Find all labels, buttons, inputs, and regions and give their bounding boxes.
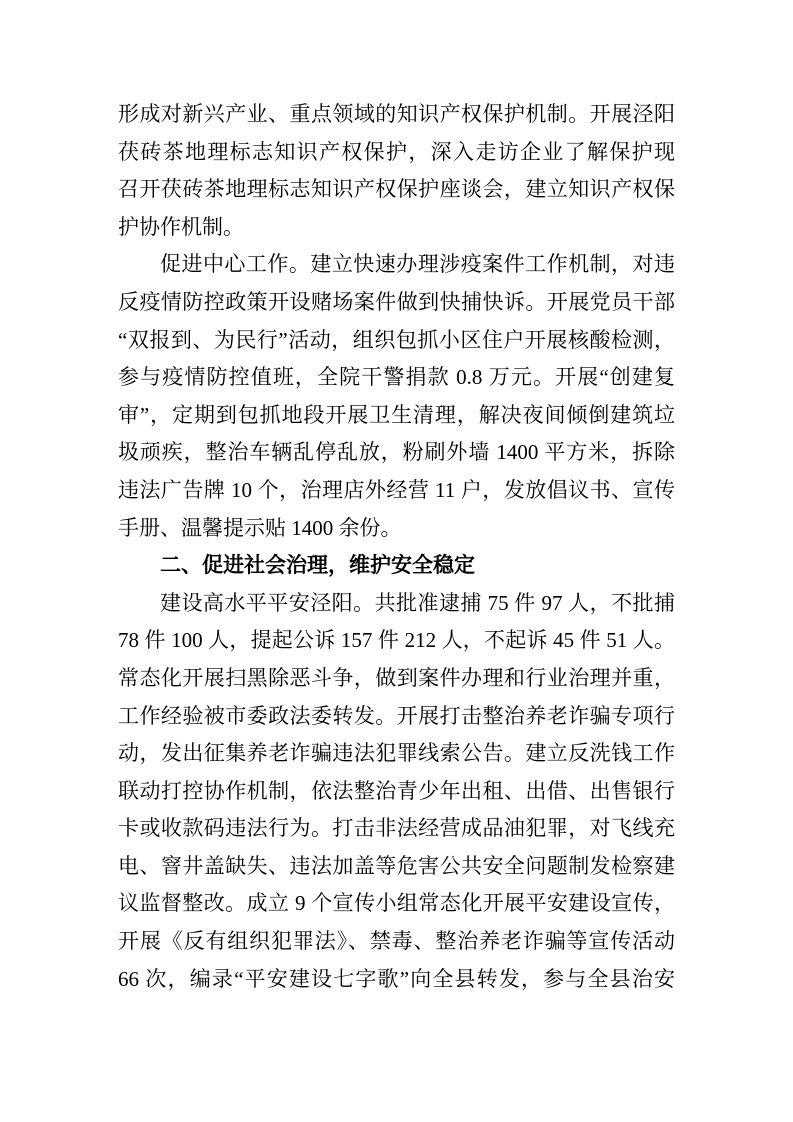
text-line: 78 件 100 人，提起公诉 157 件 212 人，不起诉 45 件 51 … [118, 622, 675, 660]
text-line: 手册、温馨提示贴 1400 余份。 [118, 510, 675, 548]
document-page: 形成对新兴产业、重点领域的知识产权保护机制。开展泾阳茯砖茶地理标志知识产权保护，… [0, 0, 793, 1122]
text-line: 护协作机制。 [118, 209, 675, 247]
text-line: 常态化开展扫黑除恶斗争，做到案件办理和行业治理并重， [118, 660, 675, 698]
text-line: 建设高水平平安泾阳。共批准逮捕 75 件 97 人，不批捕 [118, 585, 675, 623]
text-line: 促进中心工作。建立快速办理涉疫案件工作机制，对违 [118, 246, 675, 284]
paragraph: 形成对新兴产业、重点领域的知识产权保护机制。开展泾阳茯砖茶地理标志知识产权保护，… [118, 96, 675, 246]
text-line: 审”，定期到包抓地段开展卫生清理，解决夜间倾倒建筑垃 [118, 397, 675, 435]
paragraph: 促进中心工作。建立快速办理涉疫案件工作机制，对违反疫情防控政策开设赌场案件做到快… [118, 246, 675, 547]
text-line: 违法广告牌 10 个，治理店外经营 11 户，发放倡议书、宣传 [118, 472, 675, 510]
text-line: 卡或收款码违法行为。打击非法经营成品油犯罪，对飞线充 [118, 810, 675, 848]
text-line: 工作经验被市委政法委转发。开展打击整治养老诈骗专项行 [118, 698, 675, 736]
section-heading: 二、促进社会治理，维护安全稳定 [118, 547, 675, 585]
text-line: 召开茯砖茶地理标志知识产权保护座谈会，建立知识产权保 [118, 171, 675, 209]
text-line: 66 次，编录“平安建设七字歌”向全县转发，参与全县治安 [118, 961, 675, 999]
heading-line: 二、促进社会治理，维护安全稳定 [118, 547, 675, 585]
text-line: 动，发出征集养老诈骗违法犯罪线索公告。建立反洗钱工作 [118, 735, 675, 773]
text-line: 电、窨井盖缺失、违法加盖等危害公共安全问题制发检察建 [118, 848, 675, 886]
text-line: “双报到、为民行”活动，组织包抓小区住户开展核酸检测， [118, 322, 675, 360]
text-line: 形成对新兴产业、重点领域的知识产权保护机制。开展泾阳 [118, 96, 675, 134]
document-body: 形成对新兴产业、重点领域的知识产权保护机制。开展泾阳茯砖茶地理标志知识产权保护，… [118, 96, 675, 998]
text-line: 圾顽疾，整治车辆乱停乱放，粉刷外墙 1400 平方米，拆除 [118, 434, 675, 472]
document-viewport: { "page": { "background": "#ffffff", "te… [0, 0, 793, 1122]
text-line: 开展《反有组织犯罪法》、禁毒、整治养老诈骗等宣传活动 [118, 923, 675, 961]
text-line: 参与疫情防控值班，全院干警捐款 0.8 万元。开展“创建复 [118, 359, 675, 397]
text-line: 茯砖茶地理标志知识产权保护，深入走访企业了解保护现状， [118, 134, 675, 172]
text-line: 联动打控协作机制，依法整治青少年出租、出借、出售银行 [118, 773, 675, 811]
text-line: 议监督整改。成立 9 个宣传小组常态化开展平安建设宣传， [118, 885, 675, 923]
paragraph: 建设高水平平安泾阳。共批准逮捕 75 件 97 人，不批捕78 件 100 人，… [118, 585, 675, 999]
text-line: 反疫情防控政策开设赌场案件做到快捕快诉。开展党员干部 [118, 284, 675, 322]
